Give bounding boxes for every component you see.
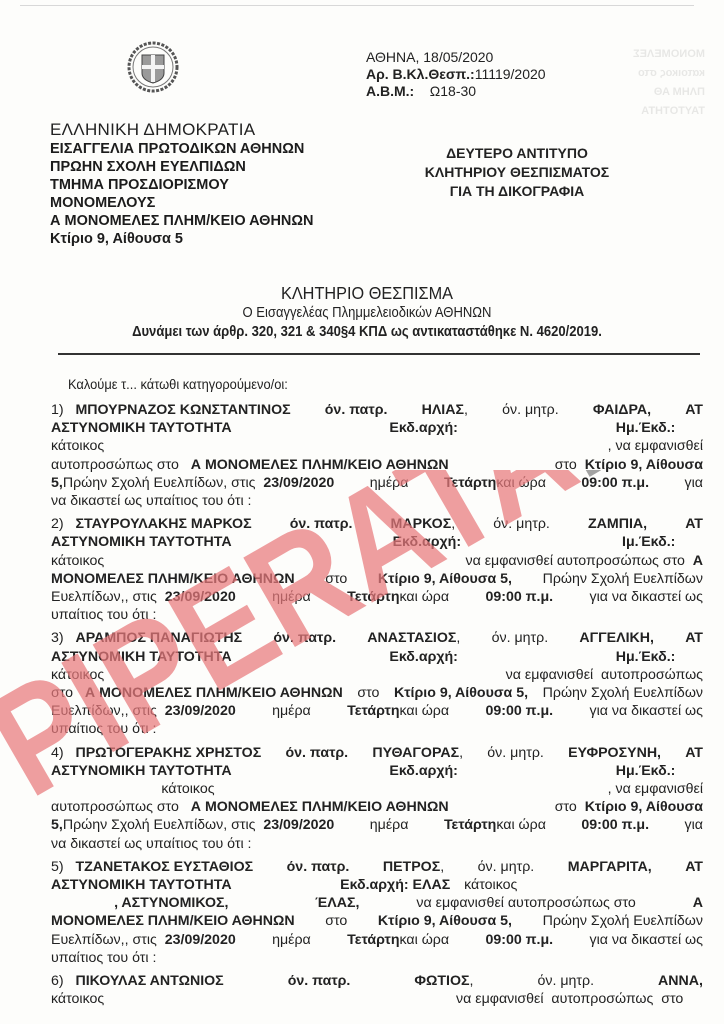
issue-date-label: Ημ.Έκδ.: (616, 762, 703, 780)
text-line: ΜΟΝΟΜΕΛΕΣ ΠΛΗΜ/ΚΕΙΟ ΑΘΗΝΩΝστοΚτίριο 9, Α… (51, 570, 703, 588)
text-group: να εμφανισθεί αυτοπροσώπως στο Α (465, 552, 703, 570)
hearing-date: 23/09/2020 (263, 474, 334, 492)
text-group: όν. μητρ. (478, 858, 535, 876)
text-group: 5,Πρώην Σχολή Ευελπίδων, στις 23/09/2020 (51, 474, 334, 492)
authority-line: ΤΜΗΜΑ ΠΡΟΣΔΙΟΡΙΣΜΟΥ (50, 176, 314, 194)
issuer-label: Εκδ.αρχή: (389, 419, 458, 437)
text-line: Ευελπίδων,, στις 23/09/2020ημέραΤετάρτη … (51, 931, 703, 949)
court-name: ΜΟΝΟΜΕΛΕΣ ΠΛΗΜ/ΚΕΙΟ ΑΘΗΝΩΝ (51, 912, 295, 930)
mother-name: ΖΑΜΠΙΑ, (588, 515, 647, 533)
resident-label: κάτοικος (456, 876, 517, 894)
text-line: ΑΣΤΥΝΟΜΙΚΗ ΤΑΥΤΟΤΗΤΑΕκδ.αρχή:Ημ.Έκδ.: (51, 762, 703, 780)
text-group: ΦΑΙΔΡΑ, (593, 401, 651, 419)
bleed-through-text: ΜΟΝΟΜΕΛΕΣκατοικος στοΠΛΗΜ ΑΘΤΑΥΤΟΤΗΤΑ (585, 45, 705, 145)
appear-text: , να εμφανισθεί (608, 780, 703, 798)
text-line: ΑΣΤΥΝΟΜΙΚΗ ΤΑΥΤΟΤΗΤΑΕκδ.αρχή:Ημ.Έκδ.: (51, 648, 703, 666)
father-label: όν. πατρ. (325, 401, 388, 419)
issuing-authority: ΕΛΛΗΝΙΚΗ ΔΗΜΟΚΡΑΤΙΑ ΕΙΣΑΓΓΕΛΙΑ ΠΡΩΤΟΔΙΚΩ… (50, 120, 314, 248)
text-group: , ΑΣΤΥΝΟΜΙΚΟΣ, ΈΛΑΣ, (51, 894, 359, 912)
id-type-at: ΑΤ (685, 858, 703, 876)
id-card-label: ΑΣΤΥΝΟΜΙΚΗ ΤΑΥΤΟΤΗΤΑ (51, 762, 232, 780)
father-name: ΜΑΡΚΟΣ (391, 515, 452, 533)
comma: , (464, 401, 468, 419)
issue-date-label: Ημ.Έκδ.: (616, 648, 703, 666)
text-line: αυτοπροσώπως στο Α ΜΟΝΟΜΕΛΕΣ ΠΛΗΜ/ΚΕΙΟ Α… (51, 456, 703, 474)
text-group: αυτοπροσώπως στο Α ΜΟΝΟΜΕΛΕΣ ΠΛΗΜ/ΚΕΙΟ Α… (51, 798, 449, 816)
time: 09:00 π.μ. (485, 702, 553, 720)
school: Πρώην Σχολή Ευελπίδων, στις (63, 474, 263, 492)
comma: , (456, 629, 460, 647)
tried-start: για (685, 816, 703, 834)
ref-label: Αρ. Β.Κλ.Θεσπ.: (366, 66, 475, 82)
id-type-at: ΑΤ (685, 515, 703, 533)
weekday: Τετάρτη (347, 588, 399, 606)
text-group: ΜΑΡΓΑΡΙΤΑ, (568, 858, 652, 876)
text-group: αυτοπροσώπως στο Α ΜΟΝΟΜΕΛΕΣ ΠΛΗΜ/ΚΕΙΟ Α… (51, 456, 449, 474)
school-rest: Ευελπίδων,, στις (51, 588, 165, 606)
room: 5, (51, 474, 63, 492)
issuer-label: Εκδ.αρχή: (389, 762, 458, 780)
court-prefix: Α (693, 552, 703, 570)
defendant-entry: 6) ΠΙΚΟΥΛΑΣ ΑΝΤΩΝΙΟΣόν. πατρ.ΦΩΤΙΟΣ,όν. … (51, 972, 703, 1008)
document-page: ΜΟΝΟΜΕΛΕΣκατοικος στοΠΛΗΜ ΑΘΤΑΥΤΟΤΗΤΑ ΕΛ… (0, 0, 724, 1024)
court-prefix: Α (693, 894, 703, 912)
text-line: 5,Πρώην Σχολή Ευελπίδων, στις 23/09/2020… (51, 816, 703, 834)
text-group: Τετάρτη και ώρα (444, 474, 546, 492)
court-name: Α ΜΟΝΟΜΕΛΕΣ ΠΛΗΜ/ΚΕΙΟ ΑΘΗΝΩΝ (191, 798, 449, 816)
entry-number: 4) (51, 744, 75, 762)
father-label: όν. πατρ. (287, 858, 350, 876)
id-type-at: ΑΤ (685, 744, 703, 762)
defendant-entry: 4) ΠΡΩΤΟΓΕΡΑΚΗΣ ΧΡΗΣΤΟΣόν. πατρ.ΠΥΘΑΓΟΡΑ… (51, 744, 703, 853)
authority-line: ΕΙΣΑΓΓΕΛΙΑ ΠΡΩΤΟΔΙΚΩΝ ΑΘΗΝΩΝ (50, 140, 314, 158)
text-group: όν. πατρ. (290, 515, 353, 533)
time-label: και ώρα (400, 588, 450, 606)
father-label: όν. πατρ. (285, 744, 348, 762)
copy-line: ΚΛΗΤΗΡΙΟΥ ΘΕΣΠΙΣΜΑΤΟΣ (410, 163, 624, 182)
text-line: κάτοικος, να εμφανισθεί (51, 437, 703, 455)
id-type-at: ΑΤ (685, 401, 703, 419)
entry-number: 5) (51, 858, 75, 876)
appear-text: να εμφανισθεί αυτοπροσώπως στο (465, 552, 692, 570)
text-line: 2) ΣΤΑΥΡΟΥΛΑΚΗΣ ΜΑΡΚΟΣόν. πατρ.ΜΑΡΚΟΣ,όν… (51, 515, 703, 533)
text-group: 4) ΠΡΩΤΟΓΕΡΑΚΗΣ ΧΡΗΣΤΟΣ (51, 744, 261, 762)
text-line: ΑΣΤΥΝΟΜΙΚΗ ΤΑΥΤΟΤΗΤΑΕκδ.αρχή:Ημ.Έκδ.: (51, 419, 703, 437)
comma: , (440, 858, 444, 876)
father-name: ΠΥΘΑΓΟΡΑΣ (372, 744, 459, 762)
text-group: 5) ΤΖΑΝΕΤΑΚΟΣ ΕΥΣΤΑΘΙΟΣ (51, 858, 253, 876)
text-group: ΗΛΙΑΣ, (422, 401, 468, 419)
authority-line: Κτίριο 9, Αίθουσα 5 (50, 230, 314, 248)
id-card-label: ΑΣΤΥΝΟΜΙΚΗ ΤΑΥΤΟΤΗΤΑ (51, 533, 232, 551)
text-group: Ευελπίδων,, στις 23/09/2020 (51, 702, 236, 720)
text-group: ΠΥΘΑΓΟΡΑΣ, (372, 744, 463, 762)
in-person: αυτοπροσώπως στο (51, 456, 191, 474)
employer: ΈΛΑΣ, (228, 894, 359, 912)
at-prep: στο (555, 456, 585, 474)
text-group: στο Κτίριο 9, Αίθουσα (555, 456, 703, 474)
defendant-entry: 5) ΤΖΑΝΕΤΑΚΟΣ ΕΥΣΤΑΘΙΟΣόν. πατρ.ΠΕΤΡΟΣ,ό… (51, 858, 703, 967)
authority-line: ΜΟΝΟΜΕΛΟΥΣ (50, 194, 314, 212)
mother-name: ΦΑΙΔΡΑ, (593, 401, 651, 419)
defendant-name: ΣΤΑΥΡΟΥΛΑΚΗΣ ΜΑΡΚΟΣ (75, 515, 251, 533)
hearing-date: 23/09/2020 (263, 816, 334, 834)
entry-number: 3) (51, 629, 75, 647)
defendant-entry: 2) ΣΤΑΥΡΟΥΛΑΚΗΣ ΜΑΡΚΟΣόν. πατρ.ΜΑΡΚΟΣ,όν… (51, 515, 703, 624)
text-line: υπαίτιος του ότι : (51, 949, 703, 967)
issuer-label: Εκδ.αρχή: (393, 533, 462, 551)
text-group: ΠΕΤΡΟΣ, (383, 858, 444, 876)
text-group: 3) ΑΡΑΜΠΟΣ ΠΑΝΑΓΙΩΤΗΣ (51, 629, 242, 647)
text-line: Ευελπίδων,, στις 23/09/2020ημέραΤετάρτη … (51, 588, 703, 606)
at-prep: στο (555, 798, 585, 816)
school-rest: Ευελπίδων,, στις (51, 931, 165, 949)
school-rest: Ευελπίδων,, στις (51, 702, 165, 720)
resident-label: κάτοικος (51, 666, 104, 684)
text-group: 1) ΜΠΟΥΡΝΑΖΟΣ ΚΩΝΣΤΑΝΤΙΝΟΣ (51, 401, 291, 419)
authority-line: Α ΜΟΝΟΜΕΛΕΣ ΠΛΗΜ/ΚΕΙΟ ΑΘΗΝΩΝ (50, 212, 314, 230)
weekday: Τετάρτη (444, 816, 496, 834)
text-group: 5,Πρώην Σχολή Ευελπίδων, στις 23/09/2020 (51, 816, 334, 834)
authority-line: ΠΡΩΗΝ ΣΧΟΛΗ ΕΥΕΛΠΙΔΩΝ (50, 158, 314, 176)
resident-label: κάτοικος (51, 780, 215, 798)
time: 09:00 π.μ. (485, 588, 553, 606)
day-label: ημέρα (370, 816, 409, 834)
text-line: κάτοικοςνα εμφανισθεί αυτοπροσώπως στο (51, 990, 703, 1008)
appear-text: , να εμφανισθεί (608, 437, 703, 455)
title-issuer: Ο Εισαγγελέας Πλημμελειοδικών ΑΘΗΝΩΝ (82, 304, 653, 323)
building: Κτίριο 9, Αίθουσα 5, (378, 570, 512, 588)
school: Πρώην Σχολή Ευελπίδων, στις (63, 816, 263, 834)
text-line: , ΑΣΤΥΝΟΜΙΚΟΣ, ΈΛΑΣ,να εμφανισθεί αυτοπρ… (51, 894, 703, 912)
mother-label: όν. μητρ. (492, 629, 549, 647)
text-line: να δικαστεί ως υπαίτιος του ότι : (51, 492, 703, 510)
resident-label: κάτοικος (51, 437, 104, 455)
day-label: ημέρα (272, 588, 311, 606)
text-line: 6) ΠΙΚΟΥΛΑΣ ΑΝΤΩΝΙΟΣόν. πατρ.ΦΩΤΙΟΣ,όν. … (51, 972, 703, 990)
text-line: υπαίτιος του ότι : (51, 606, 703, 624)
authority-line: ΕΛΛΗΝΙΚΗ ΔΗΜΟΚΡΑΤΙΑ (50, 120, 314, 140)
reference-block: ΑΘΗΝΑ, 18/05/2020 Αρ. Β.Κλ.Θεσπ.:11119/2… (366, 49, 546, 100)
mother-name: ΑΝΝΑ, (658, 972, 703, 990)
mother-label: όν. μητρ. (502, 401, 559, 419)
defendants-list: 1) ΜΠΟΥΡΝΑΖΟΣ ΚΩΝΣΤΑΝΤΙΝΟΣόν. πατρ.ΗΛΙΑΣ… (51, 401, 703, 1014)
father-label: όν. πατρ. (290, 515, 353, 533)
entry-number: 1) (51, 401, 75, 419)
weekday: Τετάρτη (347, 702, 399, 720)
title-legal-basis: Δυνάμει των άρθρ. 320, 321 & 340§4 ΚΠΔ ω… (82, 323, 653, 342)
comma: , (470, 972, 474, 990)
text-group: όν. πατρ. (273, 629, 336, 647)
court-name: Α ΜΟΝΟΜΕΛΕΣ ΠΛΗΜ/ΚΕΙΟ ΑΘΗΝΩΝ (85, 684, 343, 702)
comma: , (459, 744, 463, 762)
tried-rest: υπαίτιος του ότι : (51, 720, 156, 738)
at-prep: στο (357, 684, 379, 702)
resident-label: κάτοικος (51, 552, 104, 570)
id-type-at: ΑΤ (685, 629, 703, 647)
text-line: ΑΣΤΥΝΟΜΙΚΗ ΤΑΥΤΟΤΗΤΑ Εκδ.αρχή: ΕΛΑΣ κάτο… (51, 876, 703, 894)
day-label: ημέρα (370, 474, 409, 492)
day-label: ημέρα (272, 931, 311, 949)
text-line: υπαίτιος του ότι : (51, 720, 703, 738)
building: Κτίριο 9, Αίθουσα 5, (394, 684, 528, 702)
time: 09:00 π.μ. (485, 931, 553, 949)
father-label: όν. πατρ. (273, 629, 336, 647)
school: Πρώην Σχολή Ευελπίδων (543, 570, 703, 588)
abm-label: Α.Β.Μ.: (366, 83, 414, 99)
text-line: στο Α ΜΟΝΟΜΕΛΕΣ ΠΛΗΜ/ΚΕΙΟ ΑΘΗΝΩΝστοΚτίρι… (51, 684, 703, 702)
text-group: όν. μητρ. (502, 401, 559, 419)
text-line: 5,Πρώην Σχολή Ευελπίδων, στις 23/09/2020… (51, 474, 703, 492)
text-group: Τετάρτη και ώρα (347, 702, 449, 720)
text-group: ΦΩΤΙΟΣ, (414, 972, 473, 990)
father-name: ΦΩΤΙΟΣ (414, 972, 469, 990)
time-label: και ώρα (400, 702, 450, 720)
text-group: όν. μητρ. (487, 744, 544, 762)
text-group: Ευελπίδων,, στις 23/09/2020 (51, 588, 236, 606)
hearing-date: 23/09/2020 (165, 931, 236, 949)
tried-start: για να δικαστεί ως (589, 931, 703, 949)
time-label: και ώρα (496, 474, 546, 492)
copy-line: ΓΙΑ ΤΗ ΔΙΚΟΓΡΑΦΙΑ (410, 182, 624, 201)
title-main: ΚΛΗΤΗΡΙΟ ΘΕΣΠΙΣΜΑ (72, 282, 662, 304)
text-group: όν. μητρ. (492, 629, 549, 647)
father-name: ΠΕΤΡΟΣ (383, 858, 440, 876)
text-group: όν. μητρ. (493, 515, 550, 533)
text-line: ΜΟΝΟΜΕΛΕΣ ΠΛΗΜ/ΚΕΙΟ ΑΘΗΝΩΝστοΚτίριο 9, Α… (51, 912, 703, 930)
text-group: Τετάρτη και ώρα (347, 931, 449, 949)
weekday: Τετάρτη (444, 474, 496, 492)
tried-rest: να δικαστεί ως υπαίτιος του ότι : (51, 492, 252, 510)
day-label: ημέρα (272, 702, 311, 720)
tried-rest: να δικαστεί ως υπαίτιος του ότι : (51, 835, 252, 853)
defendant-name: ΠΡΩΤΟΓΕΡΑΚΗΣ ΧΡΗΣΤΟΣ (75, 744, 261, 762)
time: 09:00 π.μ. (581, 474, 649, 492)
text-group: στο Α ΜΟΝΟΜΕΛΕΣ ΠΛΗΜ/ΚΕΙΟ ΑΘΗΝΩΝ (51, 684, 343, 702)
text-group: ΑΝΑΣΤΑΣΙΟΣ, (367, 629, 460, 647)
issue-date-label: Ιμ.Έκδ.: (622, 533, 703, 551)
appear-text: να εμφανισθεί αυτοπροσώπως στο (416, 894, 635, 912)
text-group: όν. πατρ. (325, 401, 388, 419)
greek-coat-of-arms-icon (126, 40, 180, 94)
copy-notice: ΔΕΥΤΕΡΟ ΑΝΤΙΤΥΠΟ ΚΛΗΤΗΡΙΟΥ ΘΕΣΠΙΣΜΑΤΟΣ Γ… (410, 144, 624, 201)
tried-start: για (685, 474, 703, 492)
appear-text: να εμφανισθεί αυτοπροσώπως (506, 666, 703, 684)
document-title: ΚΛΗΤΗΡΙΟ ΘΕΣΠΙΣΜΑ Ο Εισαγγελέας Πλημμελε… (50, 282, 684, 342)
divider (58, 353, 700, 355)
tried-start: για να δικαστεί ως (589, 588, 703, 606)
time: 09:00 π.μ. (581, 816, 649, 834)
time-label: και ώρα (496, 816, 546, 834)
time-label: και ώρα (400, 931, 450, 949)
text-group: ΕΥΦΡΟΣΥΝΗ, (568, 744, 661, 762)
defendant-entry: 3) ΑΡΑΜΠΟΣ ΠΑΝΑΓΙΩΤΗΣόν. πατρ.ΑΝΑΣΤΑΣΙΟΣ… (51, 629, 703, 738)
weekday: Τετάρτη (347, 931, 399, 949)
court-name: ΜΟΝΟΜΕΛΕΣ ΠΛΗΜ/ΚΕΙΟ ΑΘΗΝΩΝ (51, 570, 295, 588)
copy-line: ΔΕΥΤΕΡΟ ΑΝΤΙΤΥΠΟ (410, 144, 624, 163)
place-date: ΑΘΗΝΑ, 18/05/2020 (366, 49, 546, 66)
tried-start: για να δικαστεί ως (589, 702, 703, 720)
text-group: όν. μητρ. (537, 972, 594, 990)
appear-text: να εμφανισθεί αυτοπροσώπως στο (456, 990, 703, 1008)
id-card-label: ΑΣΤΥΝΟΜΙΚΗ ΤΑΥΤΟΤΗΤΑ (51, 648, 232, 666)
id-card-label: ΑΣΤΥΝΟΜΙΚΗ ΤΑΥΤΟΤΗΤΑ (51, 419, 232, 437)
mother-label: όν. μητρ. (487, 744, 544, 762)
mother-label: όν. μητρ. (537, 972, 594, 990)
text-line: 4) ΠΡΩΤΟΓΕΡΑΚΗΣ ΧΡΗΣΤΟΣόν. πατρ.ΠΥΘΑΓΟΡΑ… (51, 744, 703, 762)
school: Πρώην Σχολή Ευελπίδων (543, 684, 703, 702)
ref-value: 11119/2020 (475, 66, 546, 82)
text-group: 6) ΠΙΚΟΥΛΑΣ ΑΝΤΩΝΙΟΣ (51, 972, 224, 990)
defendant-name: ΠΙΚΟΥΛΑΣ ΑΝΤΩΝΙΟΣ (75, 972, 223, 990)
text-line: κάτοικοςνα εμφανισθεί αυτοπροσώπως στο Α (51, 552, 703, 570)
text-line: Ευελπίδων,, στις 23/09/2020ημέραΤετάρτη … (51, 702, 703, 720)
father-name: ΑΝΑΣΤΑΣΙΟΣ (367, 629, 456, 647)
text-line: 5) ΤΖΑΝΕΤΑΚΟΣ ΕΥΣΤΑΘΙΟΣόν. πατρ.ΠΕΤΡΟΣ,ό… (51, 858, 703, 876)
issue-date-label: Ημ.Έκδ.: (616, 419, 703, 437)
text-line: αυτοπροσώπως στο Α ΜΟΝΟΜΕΛΕΣ ΠΛΗΜ/ΚΕΙΟ Α… (51, 798, 703, 816)
entry-number: 2) (51, 515, 75, 533)
mother-name: ΕΥΦΡΟΣΥΝΗ, (568, 744, 661, 762)
defendant-name: ΤΖΑΝΕΤΑΚΟΣ ΕΥΣΤΑΘΙΟΣ (75, 858, 253, 876)
text-group: ΑΓΓΕΛΙΚΗ, (579, 629, 654, 647)
father-label: όν. πατρ. (288, 972, 351, 990)
mother-name: ΑΓΓΕΛΙΚΗ, (579, 629, 654, 647)
defendant-name: ΑΡΑΜΠΟΣ ΠΑΝΑΓΙΩΤΗΣ (75, 629, 242, 647)
at-prep: στο (51, 684, 85, 702)
at-prep: στο (325, 570, 347, 588)
mother-name: ΜΑΡΓΑΡΙΤΑ, (568, 858, 652, 876)
room: 5, (51, 816, 63, 834)
in-person: αυτοπροσώπως στο (51, 798, 191, 816)
defendant-entry: 1) ΜΠΟΥΡΝΑΖΟΣ ΚΩΝΣΤΑΝΤΙΝΟΣόν. πατρ.ΗΛΙΑΣ… (51, 401, 703, 510)
defendant-name: ΜΠΟΥΡΝΑΖΟΣ ΚΩΝΣΤΑΝΤΙΝΟΣ (75, 401, 290, 419)
text-group: Τετάρτη και ώρα (347, 588, 449, 606)
building: Κτίριο 9, Αίθουσα 5, (378, 912, 512, 930)
mother-label: όν. μητρ. (493, 515, 550, 533)
father-name: ΗΛΙΑΣ (422, 401, 464, 419)
text-line: 3) ΑΡΑΜΠΟΣ ΠΑΝΑΓΙΩΤΗΣόν. πατρ.ΑΝΑΣΤΑΣΙΟΣ… (51, 629, 703, 647)
tried-rest: υπαίτιος του ότι : (51, 606, 156, 624)
text-line: 1) ΜΠΟΥΡΝΑΖΟΣ ΚΩΝΣΤΑΝΤΙΝΟΣόν. πατρ.ΗΛΙΑΣ… (51, 401, 703, 419)
id-card-label: ΑΣΤΥΝΟΜΙΚΗ ΤΑΥΤΟΤΗΤΑ (51, 876, 232, 894)
occupation: , ΑΣΤΥΝΟΜΙΚΟΣ, (51, 894, 228, 912)
text-group: ΜΑΡΚΟΣ, (391, 515, 456, 533)
scan-edge-line (20, 5, 694, 6)
at-prep: στο (325, 912, 347, 930)
text-group: Τετάρτη και ώρα (444, 816, 546, 834)
text-group: όν. πατρ. (288, 972, 351, 990)
mother-label: όν. μητρ. (478, 858, 535, 876)
text-group: 2) ΣΤΑΥΡΟΥΛΑΚΗΣ ΜΑΡΚΟΣ (51, 515, 252, 533)
school: Πρώην Σχολή Ευελπίδων (543, 912, 703, 930)
text-group: ΑΝΝΑ, (658, 972, 703, 990)
building: Κτίριο 9, Αίθουσα (585, 456, 703, 474)
text-group: ΖΑΜΠΙΑ, (588, 515, 647, 533)
entry-number: 6) (51, 972, 75, 990)
text-line: να δικαστεί ως υπαίτιος του ότι : (51, 835, 703, 853)
text-line: ΑΣΤΥΝΟΜΙΚΗ ΤΑΥΤΟΤΗΤΑΕκδ.αρχή:Ιμ.Έκδ.: (51, 533, 703, 551)
resident-label: κάτοικος (51, 990, 104, 1008)
abm-value: Ω18-30 (430, 83, 476, 99)
text-line: κάτοικοςνα εμφανισθεί αυτοπροσώπως (51, 666, 703, 684)
hearing-date: 23/09/2020 (165, 702, 236, 720)
issuer-label: Εκδ.αρχή: (389, 648, 458, 666)
text-group: όν. πατρ. (285, 744, 348, 762)
building: Κτίριο 9, Αίθουσα (585, 798, 703, 816)
text-line: κάτοικος, να εμφανισθεί (51, 780, 703, 798)
issuer: Εκδ.αρχή: ΕΛΑΣ (238, 876, 451, 894)
hearing-date: 23/09/2020 (165, 588, 236, 606)
court-name: Α ΜΟΝΟΜΕΛΕΣ ΠΛΗΜ/ΚΕΙΟ ΑΘΗΝΩΝ (191, 456, 449, 474)
comma: , (451, 515, 455, 533)
text-group: όν. πατρ. (287, 858, 350, 876)
intro-text: Καλούμε τ... κάτωθι κατηγορούμενο/οι: (68, 376, 288, 392)
tried-rest: υπαίτιος του ότι : (51, 949, 156, 967)
text-group: Ευελπίδων,, στις 23/09/2020 (51, 931, 236, 949)
text-group: στο Κτίριο 9, Αίθουσα (555, 798, 703, 816)
